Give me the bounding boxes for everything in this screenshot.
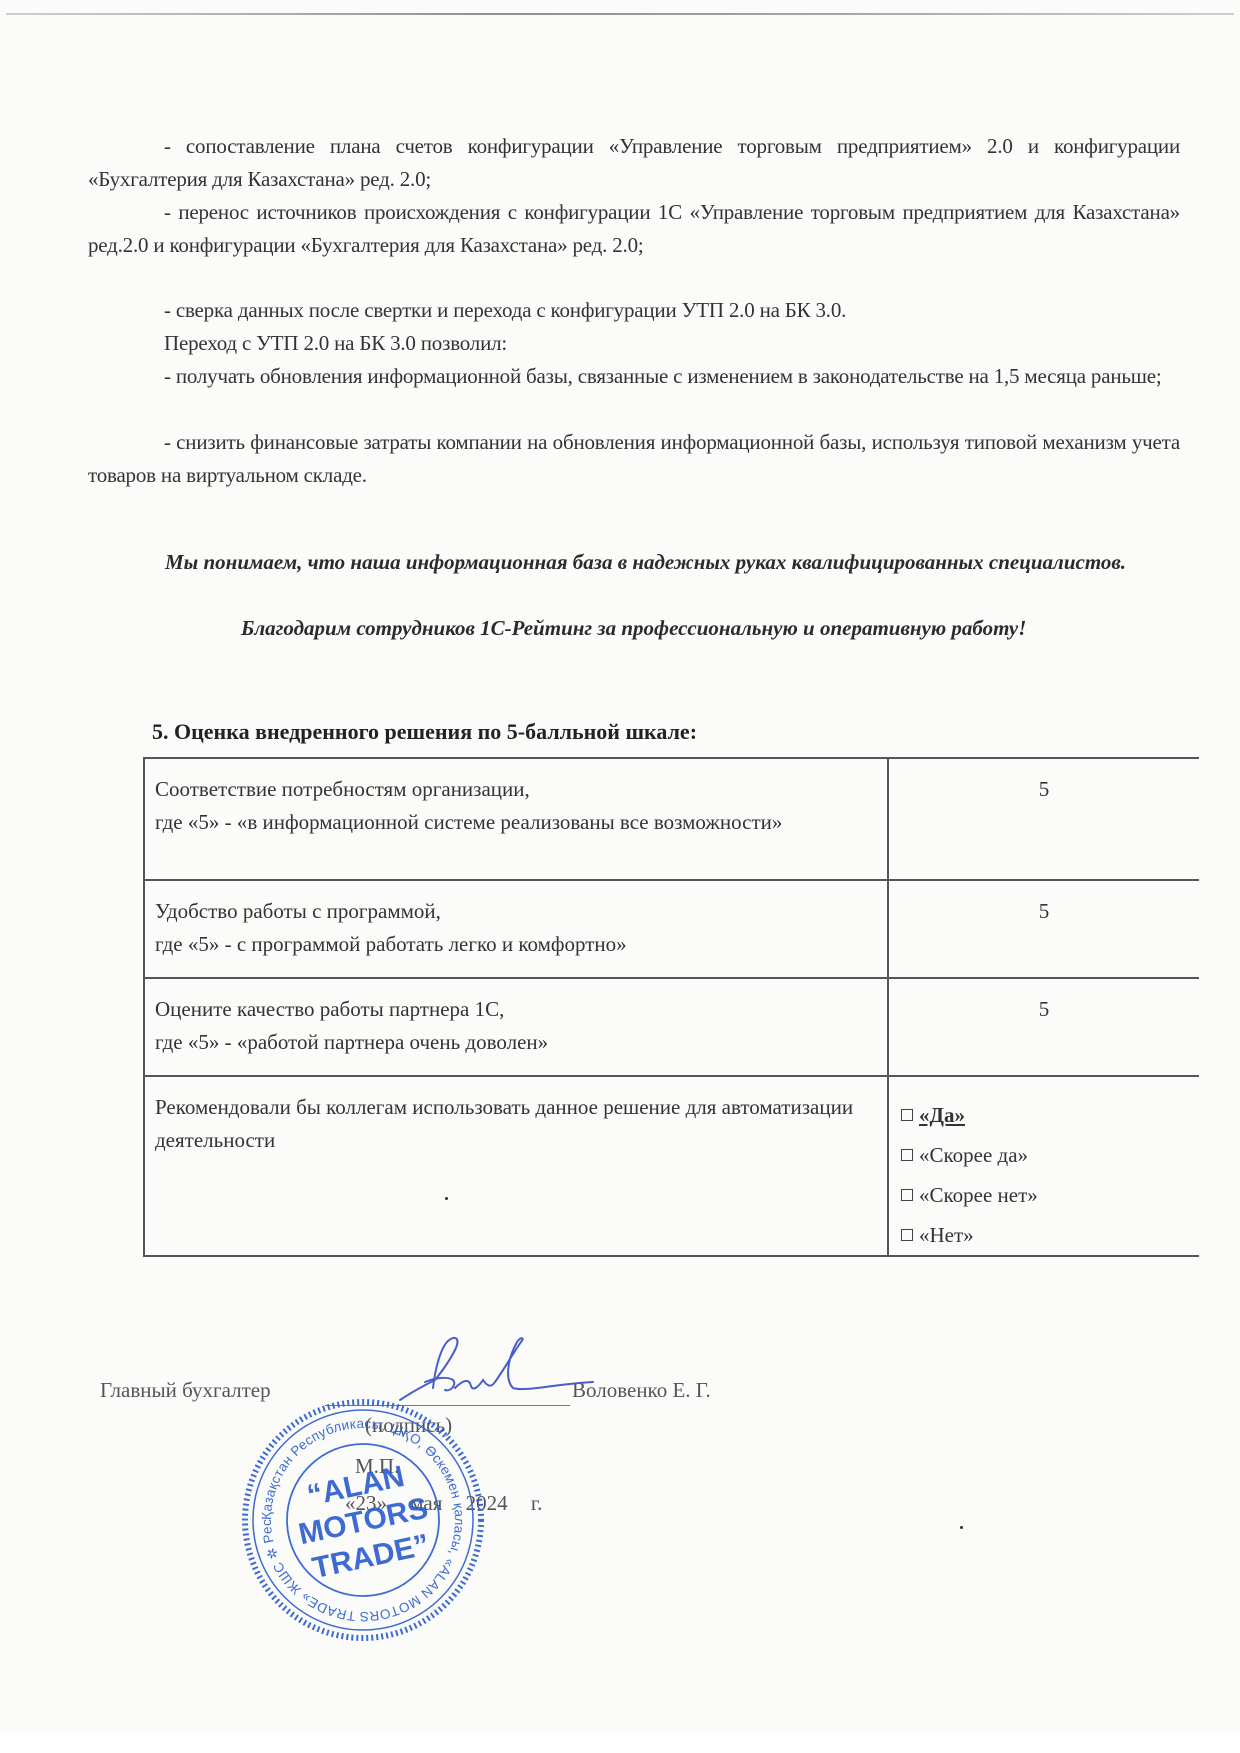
option-rather-yes[interactable]: «Скорее да» bbox=[901, 1135, 1199, 1175]
transition-heading: Переход с УТП 2.0 на БК 3.0 позволил: bbox=[88, 327, 1180, 360]
option-no[interactable]: «Нет» bbox=[901, 1215, 1199, 1255]
table-row: Оцените качество работы партнера 1С,где … bbox=[144, 978, 1199, 1076]
bullet-transfer-sources: - перенос источников происхождения с кон… bbox=[88, 196, 1180, 262]
question-cell: Соответствие потребностям организации,гд… bbox=[144, 758, 888, 880]
company-stamp-icon: Қазақстан Республикасы, ШҚО, Өскемен қал… bbox=[238, 1395, 488, 1645]
score-cell: 5 bbox=[888, 880, 1199, 978]
handwritten-signature-icon bbox=[395, 1330, 595, 1410]
bullet-chart-of-accounts: - сопоставление плана счетов конфигураци… bbox=[88, 130, 1180, 196]
question-cell: Рекомендовали бы коллегам использовать д… bbox=[144, 1076, 888, 1256]
option-rather-no[interactable]: «Скорее нет» bbox=[901, 1175, 1199, 1215]
score-cell: 5 bbox=[888, 978, 1199, 1076]
option-yes[interactable]: «Да» bbox=[901, 1095, 1199, 1135]
section-title: 5. Оценка внедренного решения по 5-балль… bbox=[152, 719, 697, 745]
gratitude-trust: Мы понимаем, что наша информационная баз… bbox=[165, 546, 1180, 579]
scan-speck bbox=[960, 1526, 963, 1529]
scan-speck bbox=[445, 1197, 448, 1200]
checkbox-icon bbox=[901, 1229, 913, 1241]
table-row: Удобство работы с программой,где «5» - с… bbox=[144, 880, 1199, 978]
benefit-updates-earlier: - получать обновления информационной баз… bbox=[88, 360, 1180, 393]
checkbox-icon bbox=[901, 1149, 913, 1161]
checkbox-icon bbox=[901, 1109, 913, 1121]
checkbox-icon bbox=[901, 1189, 913, 1201]
rating-table: Соответствие потребностям организации,гд… bbox=[143, 757, 1199, 1257]
question-cell: Оцените качество работы партнера 1С,где … bbox=[144, 978, 888, 1076]
scan-edge-line bbox=[6, 13, 1234, 15]
table-row: Соответствие потребностям организации,гд… bbox=[144, 758, 1199, 880]
document-page: - сопоставление плана счетов конфигураци… bbox=[0, 0, 1240, 1735]
question-cell: Удобство работы с программой,где «5» - с… bbox=[144, 880, 888, 978]
recommend-options: «Да» «Скорее да» «Скорее нет» «Нет» bbox=[888, 1076, 1199, 1256]
benefit-reduce-costs: - снизить финансовые затраты компании на… bbox=[88, 426, 1180, 492]
gratitude-thanks: Благодарим сотрудников 1С-Рейтинг за про… bbox=[165, 612, 1180, 645]
table-row: Рекомендовали бы коллегам использовать д… bbox=[144, 1076, 1199, 1256]
bullet-data-reconciliation: - сверка данных после свертки и перехода… bbox=[88, 294, 1180, 327]
score-cell: 5 bbox=[888, 758, 1199, 880]
